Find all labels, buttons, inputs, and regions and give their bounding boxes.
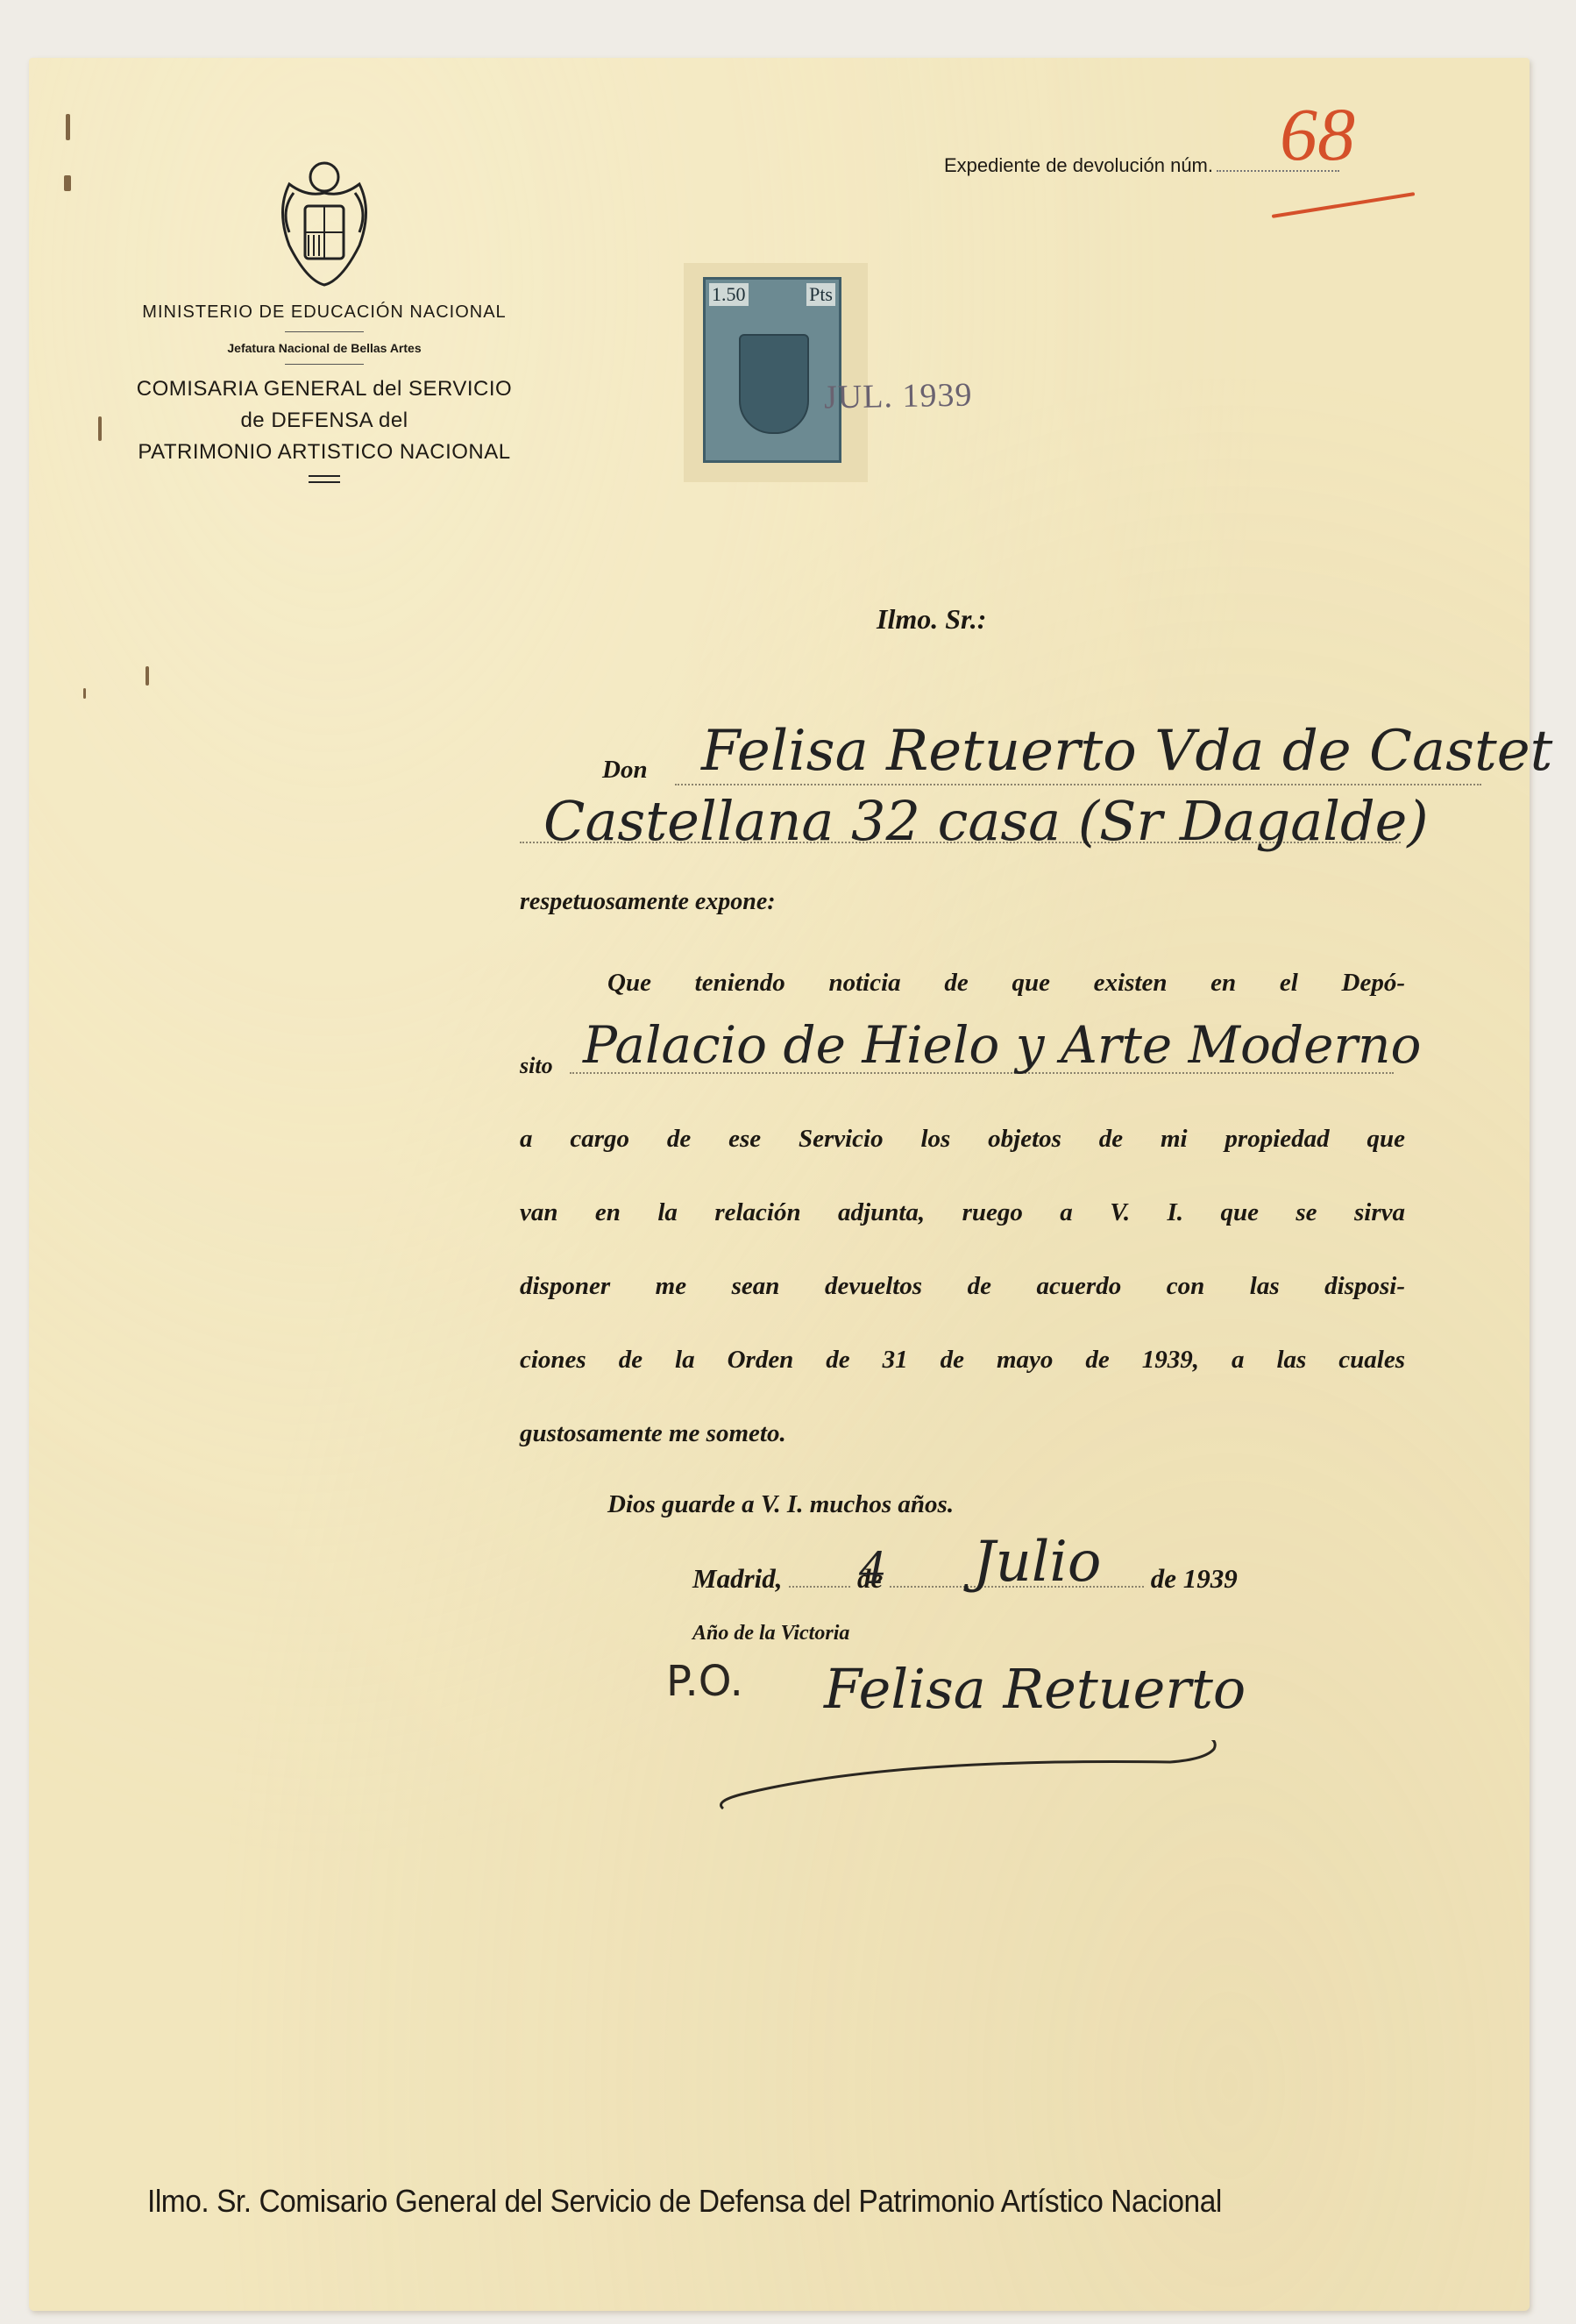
signature: Felisa Retuerto <box>824 1657 1246 1721</box>
divider <box>285 364 364 365</box>
double-rule <box>309 475 340 483</box>
don-label: Don <box>602 756 648 785</box>
day-handwritten: 4 <box>859 1543 887 1594</box>
stain-mark <box>146 666 149 686</box>
expediente-text: Expediente de devolución núm. <box>944 154 1213 176</box>
city: Madrid, <box>692 1563 783 1594</box>
po-mark: P.O. <box>666 1657 743 1706</box>
sito-label: sito <box>520 1053 553 1079</box>
petitioner-name: Felisa Retuerto Vda de Castet <box>701 719 1552 784</box>
revenue-stamp: 1.50 Pts <box>684 263 868 482</box>
salutation: Ilmo. Sr.: <box>877 603 986 636</box>
month-handwritten: Julio <box>973 1530 1101 1595</box>
divider <box>285 331 364 332</box>
victoria-label: Año de la Victoria <box>692 1622 849 1645</box>
stain-mark <box>64 175 71 191</box>
addressee-footer: Ilmo. Sr. Comisario General del Servicio… <box>147 2183 1222 2220</box>
petitioner-address: Castellana 32 casa (Sr Dagalde) <box>543 789 1429 853</box>
stamp-value: 1.50 <box>709 283 749 306</box>
deposito-name: Palacio de Hielo y Arte Moderno <box>583 1015 1421 1075</box>
year: de 1939 <box>1151 1563 1238 1594</box>
comisaria-line: de DEFENSA del <box>88 405 561 437</box>
body-line: van en la relación adjunta, ruego a V. I… <box>520 1198 1405 1227</box>
stamp-face: 1.50 Pts <box>703 277 841 463</box>
comisaria-line: PATRIMONIO ARTISTICO NACIONAL <box>88 437 561 468</box>
body-line: disponer me sean devueltos de acuerdo co… <box>520 1272 1405 1301</box>
jefatura-name: Jefatura Nacional de Bellas Artes <box>88 341 561 355</box>
body-line: ciones de la Orden de 31 de mayo de 1939… <box>520 1346 1405 1375</box>
stain-mark <box>83 688 86 699</box>
body-line: a cargo de ese Servicio los objetos de m… <box>520 1125 1405 1154</box>
comisaria-line: COMISARIA GENERAL del SERVICIO <box>88 373 561 405</box>
expone-text: respetuosamente expone: <box>520 888 776 916</box>
day-field <box>789 1586 850 1588</box>
ministry-name: MINISTERIO DE EDUCACIÓN NACIONAL <box>88 302 561 323</box>
dotted-line <box>675 784 1481 785</box>
postmark: JUL. 1939 <box>824 376 973 417</box>
stain-mark <box>66 114 70 140</box>
body-line: gustosamente me someto. <box>520 1419 786 1448</box>
expediente-number: 68 <box>1280 96 1355 172</box>
date-line: Madrid, de de 1939 <box>692 1563 1238 1595</box>
closing-formula: Dios guarde a V. I. muchos años. <box>607 1490 954 1519</box>
signature-flourish-icon <box>714 1740 1240 1828</box>
letterhead: MINISTERIO DE EDUCACIÓN NACIONAL Jefatur… <box>88 158 561 483</box>
body-line: Que teniendo noticia de que existen en e… <box>607 969 1405 998</box>
stamp-currency: Pts <box>806 283 835 306</box>
shield-icon <box>739 334 809 434</box>
coat-of-arms-icon <box>272 158 377 289</box>
